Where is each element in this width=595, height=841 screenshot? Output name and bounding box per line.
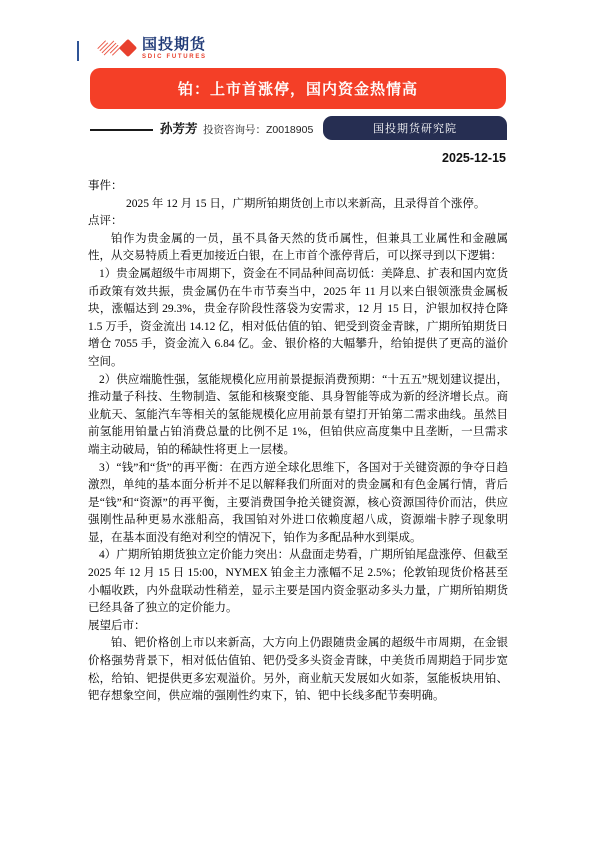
report-body: 事件： 2025 年 12 月 15 日，广期所铂期货创上市以来新高，且录得首个…: [88, 178, 508, 706]
event-text: 2025 年 12 月 15 日，广期所铂期货创上市以来新高，且录得首个涨停。: [88, 196, 508, 214]
report-title: 铂：上市首涨停，国内资金热情高: [178, 78, 418, 99]
author-rule-divider: [90, 129, 153, 131]
comment-paragraph-intro: 铂作为贵金属的一员，虽不具备天然的货币属性，但兼具工业属性和金融属性，从交易特质…: [88, 231, 508, 266]
comment-paragraph-4: 4）广期所铂期货独立定价能力突出：从盘面走势看，广期所铂尾盘涨停、但截至 202…: [88, 547, 508, 617]
comment-paragraph-2: 2）供应端脆性强，氢能规模化应用前景提振消费预期：“十五五”规划建议提出，推动量…: [88, 372, 508, 460]
section-comment-label: 点评：: [88, 213, 508, 231]
outlook-text: 铂、钯价格创上市以来新高，大方向上仍跟随贵金属的超级牛市周期，在金银价格强势背景…: [88, 635, 508, 705]
report-title-banner: 铂：上市首涨停，国内资金热情高: [90, 68, 506, 109]
company-logo-icon: [96, 37, 137, 59]
company-logo-text: 国投期货 SDIC FUTURES: [142, 37, 207, 60]
comment-paragraph-3: 3）“钱”和“货”的再平衡：在西方逆全球化思维下，各国对于关键资源的争夺日趋激烈…: [88, 460, 508, 548]
author-name: 孙芳芳: [160, 119, 198, 137]
report-date: 2025-12-15: [306, 151, 506, 165]
report-page: 国投期货 SDIC FUTURES 铂：上市首涨停，国内资金热情高 孙芳芳 投资…: [0, 0, 595, 841]
license-number: 投资咨询号：Z0018905: [203, 122, 313, 137]
company-logo: 国投期货 SDIC FUTURES: [96, 37, 207, 60]
institute-name: 国投期货研究院: [373, 120, 457, 136]
company-name-en: SDIC FUTURES: [142, 54, 207, 60]
section-event-label: 事件：: [88, 178, 508, 196]
company-name: 国投期货: [142, 37, 207, 53]
comment-paragraph-1: 1）贵金属超级牛市周期下，资金在不同品种间高切低：美降息、扩表和国内宽货币政策有…: [88, 266, 508, 372]
institute-badge: 国投期货研究院: [323, 116, 507, 140]
section-outlook-label: 展望后市：: [88, 618, 508, 636]
letterhead-accent-line: [77, 41, 79, 61]
